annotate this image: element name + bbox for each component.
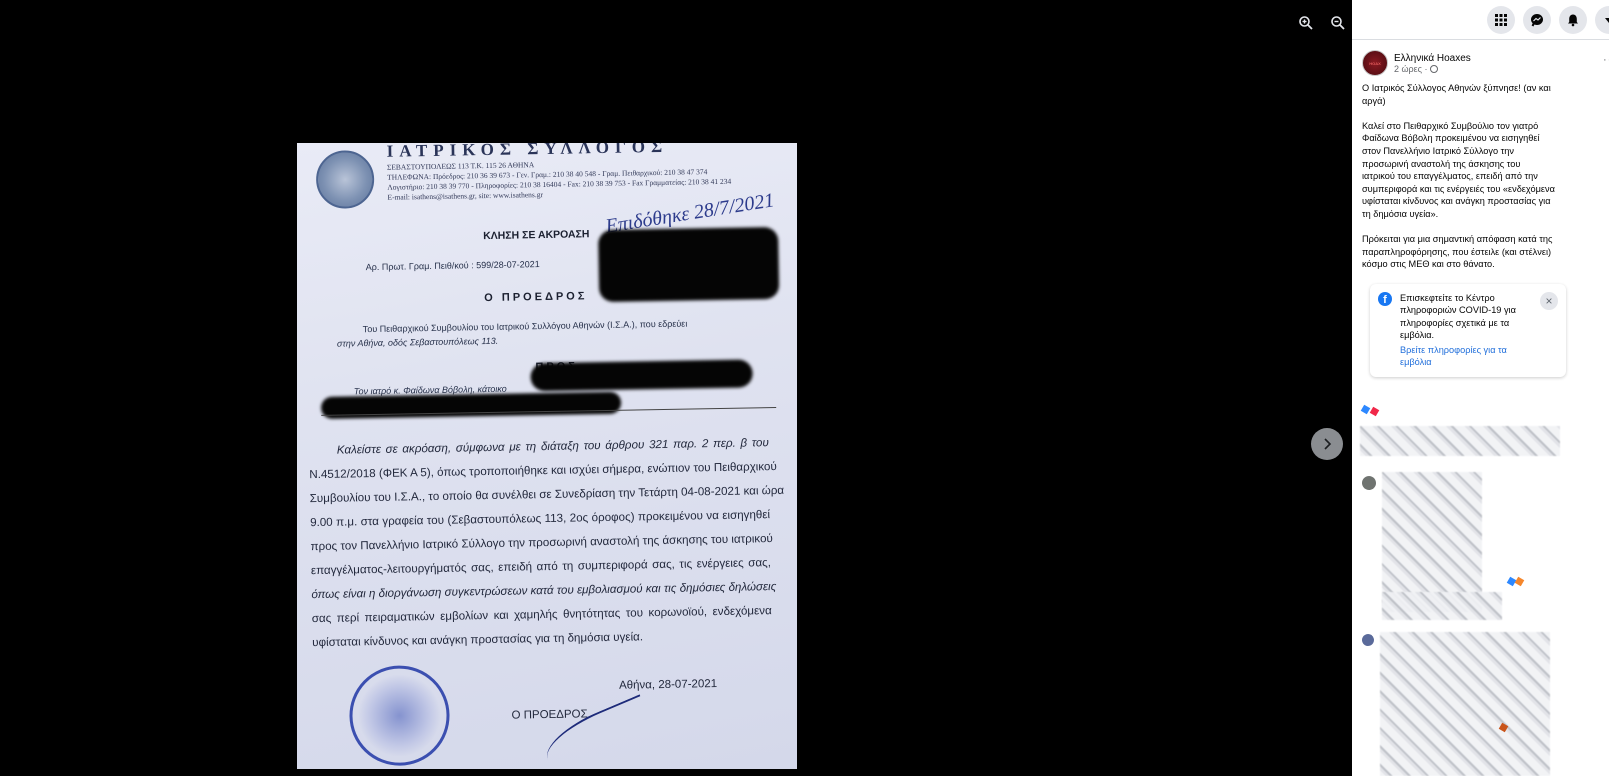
obscured-comment <box>1382 472 1482 612</box>
document-photo: ΙΑΤΡΙΚΟΣ ΣΥΛΛΟΓΟΣ ΣΕΒΑΣΤΟΥΠΟΛΕΩΣ 113 Τ.Κ… <box>297 143 797 769</box>
avatar-logo-icon: HOAX <box>1369 61 1381 66</box>
notifications-button[interactable] <box>1559 6 1587 34</box>
covid-vaccine-info-link[interactable]: Βρείτε πληροφορίες για τα εμβόλια <box>1400 344 1540 369</box>
menu-button[interactable] <box>1487 6 1515 34</box>
obscured-reactions-and-comments <box>1352 402 1574 776</box>
commenter-avatar-icon <box>1360 632 1376 648</box>
post-paragraph: Καλεί στο Πειθαρχικό Συμβούλιο τον γιατρ… <box>1362 120 1609 221</box>
document-org-contacts: ΣΕΒΑΣΤΟΥΠΟΛΕΩΣ 113 Τ.Κ. 115 26 ΑΘΗΝΑ ΤΗΛ… <box>387 157 732 203</box>
zoom-out-button[interactable] <box>1327 12 1349 34</box>
post-paragraph: Πρόκειται για μια σημαντική απόφαση κατά… <box>1362 233 1609 271</box>
photo-viewer: ΙΑΤΡΙΚΟΣ ΣΥΛΛΟΓΟΣ ΣΕΒΑΣΤΟΥΠΟΛΕΩΣ 113 Τ.Κ… <box>0 0 1387 776</box>
covid-info-card: f Επισκεφτείτε το Κέντρο πληροφοριών COV… <box>1370 284 1566 378</box>
reaction-icon <box>1515 577 1525 587</box>
messenger-button[interactable] <box>1523 6 1551 34</box>
signature-title: Ο ΠΡΟΕΔΡΟΣ <box>511 708 587 721</box>
covid-info-text: Επισκεφτείτε το Κέντρο πληροφοριών COVID… <box>1400 292 1540 370</box>
zoom-in-button[interactable] <box>1295 12 1317 34</box>
place-date: Αθήνα, 28-07-2021 <box>619 678 717 692</box>
document-heading: ΚΛΗΣΗ ΣΕ ΑΚΡΟΑΣΗ <box>483 228 590 242</box>
post-paragraph: Ο Ιατρικός Σύλλογος Αθηνών ξύπνησε! (αν … <box>1362 82 1609 107</box>
next-photo-button[interactable] <box>1311 428 1343 460</box>
council-line-2: στην Αθήνα, οδός Σεβαστουπόλεως 113. <box>337 336 498 349</box>
caret-down-icon <box>1602 13 1609 27</box>
facebook-logo-icon: f <box>1378 292 1392 306</box>
protocol-number: Αρ. Πρωτ. Γραμ. Πειθ/κού : 599/28-07-202… <box>366 259 540 272</box>
council-line-1: Του Πειθαρχικού Συμβουλίου του Ιατρικού … <box>363 319 688 335</box>
account-menu-button[interactable] <box>1595 6 1609 34</box>
post-header: HOAX Ελληνικά Hoaxes 2 ώρες · ··· <box>1352 40 1609 76</box>
zoom-out-icon <box>1330 15 1346 31</box>
association-seal-icon <box>316 150 375 209</box>
page-name-link[interactable]: Ελληνικά Hoaxes <box>1394 53 1471 64</box>
post-text: Ο Ιατρικός Σύλλογος Αθηνών ξύπνησε! (αν … <box>1352 76 1609 271</box>
chevron-right-icon <box>1320 437 1334 451</box>
post-meta: Ελληνικά Hoaxes 2 ώρες · <box>1394 53 1471 74</box>
close-icon[interactable]: × <box>1540 292 1558 310</box>
obscured-comment <box>1382 592 1502 620</box>
globe-icon <box>1430 65 1438 73</box>
redaction-block <box>530 359 752 391</box>
more-options-button[interactable]: ··· <box>1603 54 1609 66</box>
bell-icon <box>1566 13 1580 27</box>
post-timestamp[interactable]: 2 ώρες · <box>1394 64 1471 74</box>
avatar[interactable]: HOAX <box>1362 50 1388 76</box>
obscured-reaction-bar <box>1360 426 1560 456</box>
president-heading: Ο ΠΡΟΕΔΡΟΣ <box>484 290 587 304</box>
document-body: Καλείστε σε ακρόαση, σύμφωνα με τη διάτα… <box>309 431 773 655</box>
signature-icon <box>538 694 655 769</box>
obscured-comment <box>1380 632 1550 776</box>
redaction-block <box>598 227 779 302</box>
reaction-love-icon <box>1370 407 1380 417</box>
post-sidebar: HOAX Ελληνικά Hoaxes 2 ώρες · ··· Ο Ιατρ… <box>1352 0 1609 776</box>
commenter-avatar-icon <box>1359 473 1378 492</box>
menu-grid-icon <box>1494 13 1508 27</box>
messenger-icon <box>1530 13 1544 27</box>
top-navigation <box>1352 0 1609 40</box>
zoom-in-icon <box>1298 15 1314 31</box>
official-stamp-icon <box>349 665 451 767</box>
